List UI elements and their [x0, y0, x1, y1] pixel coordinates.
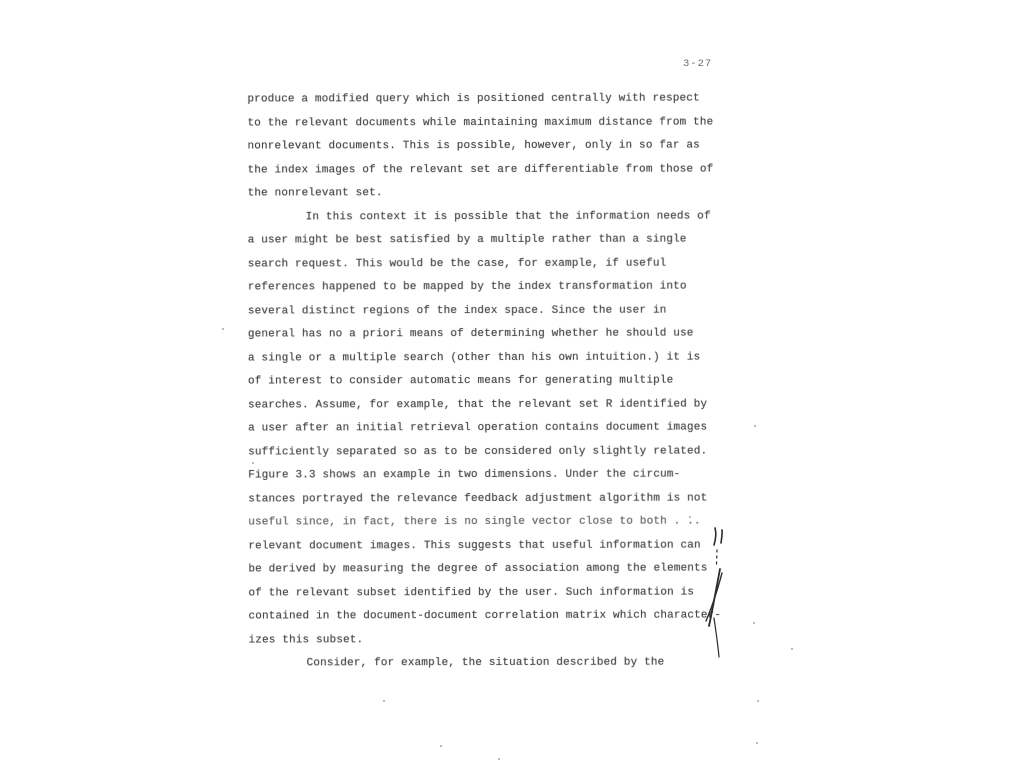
scan-noise-dot: [756, 742, 758, 744]
text-line: the index images of the relevant set are…: [248, 158, 738, 183]
scan-noise-dot: [753, 622, 755, 624]
text-line: Consider, for example, the situation des…: [249, 651, 739, 676]
text-line: sufficiently separated so as to be consi…: [248, 440, 738, 465]
text-line: search request. This would be the case, …: [248, 252, 738, 277]
text-line: several distinct regions of the index sp…: [248, 299, 738, 324]
text-line: contained in the document-document corre…: [248, 604, 738, 629]
text-line: In this context it is possible that the …: [248, 205, 738, 230]
scan-noise-dot: [440, 745, 442, 747]
page-number: 3-27: [683, 58, 712, 70]
text-line: of interest to consider automatic means …: [248, 369, 738, 394]
text-line: be derived by measuring the degree of as…: [248, 557, 738, 582]
text-line: a single or a multiple search (other tha…: [248, 346, 738, 371]
scan-noise-dot: [689, 516, 691, 518]
text-line: Figure 3.3 shows an example in two dimen…: [248, 463, 738, 488]
text-line: useful since, in fact, there is no singl…: [248, 510, 738, 535]
handwritten-margin-mark: [700, 522, 740, 664]
text-line: produce a modified query which is positi…: [247, 87, 737, 112]
typewritten-text-block: produce a modified query which is positi…: [247, 87, 738, 676]
text-line: stances portrayed the relevance feedback…: [248, 487, 738, 512]
scan-noise-dot: [383, 700, 385, 702]
text-line: a user after an initial retrieval operat…: [248, 416, 738, 441]
text-line: of the relevant subset identified by the…: [248, 581, 738, 606]
text-line: references happened to be mapped by the …: [248, 275, 738, 300]
text-line: general has no a priori means of determi…: [248, 322, 738, 347]
text-line: the nonrelevant set.: [248, 181, 738, 206]
scan-noise-dot: [252, 462, 254, 464]
text-line: relevant document images. This suggests …: [248, 534, 738, 559]
scanned-page: 3-27 produce a modified query which is p…: [0, 0, 1024, 768]
scan-noise-dot: [754, 425, 756, 427]
scan-noise-dot: [791, 648, 793, 650]
text-line: a user might be best satisfied by a mult…: [248, 228, 738, 253]
scan-noise-dot: [498, 758, 500, 760]
text-line: searches. Assume, for example, that the …: [248, 393, 738, 418]
text-line: nonrelevant documents. This is possible,…: [247, 134, 737, 159]
scan-noise-dot: [222, 328, 224, 330]
text-line: izes this subset.: [249, 628, 739, 653]
text-line: to the relevant documents while maintain…: [247, 111, 737, 136]
scan-noise-dot: [757, 700, 759, 702]
